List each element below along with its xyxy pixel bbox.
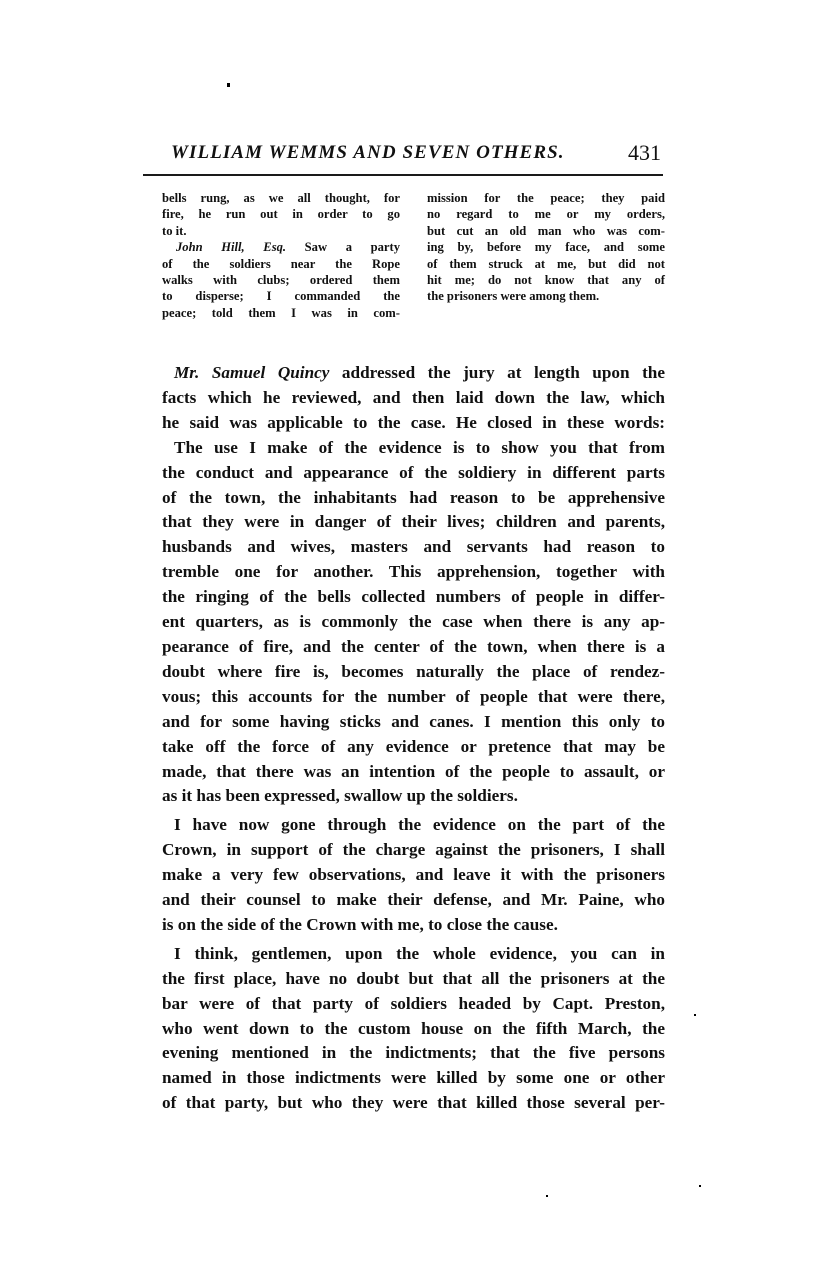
text-line: that they were in danger of their lives;… <box>162 510 665 535</box>
testimony-left-column: bells rung, as we all thought, for fire,… <box>162 190 400 321</box>
text-line: fire, he run out in order to go <box>162 206 400 222</box>
witness-name: John Hill, Esq. <box>176 240 286 254</box>
text-line: the prisoners were among them. <box>427 288 665 304</box>
text-line: and their counsel to make their defense,… <box>162 888 665 913</box>
text-line: to it. <box>162 223 400 239</box>
text-line: made, that there was an intention of the… <box>162 760 665 785</box>
text-line: the ringing of the bells collected numbe… <box>162 585 665 610</box>
text-line: bar were of that party of soldiers heade… <box>162 992 665 1017</box>
body-text: Mr. Samuel Quincy addressed the jury at … <box>162 361 665 1116</box>
text-line: who went down to the custom house on the… <box>162 1017 665 1042</box>
paragraph-quote-3: I think, gentlemen, upon the whole evide… <box>162 942 665 1116</box>
text-line: evening mentioned in the indictments; th… <box>162 1041 665 1066</box>
text-line: as it has been expressed, swallow up the… <box>162 784 665 809</box>
text-line: the conduct and appearance of the soldie… <box>162 461 665 486</box>
text-line: I think, gentlemen, upon the whole evide… <box>162 942 665 967</box>
text-line: ing by, before my face, and some <box>427 239 665 255</box>
text-line: ent quarters, as is commonly the case wh… <box>162 610 665 635</box>
text-line: doubt where fire is, becomes naturally t… <box>162 660 665 685</box>
text-line: facts which he reviewed, and then laid d… <box>162 386 665 411</box>
text-line: he said was applicable to the case. He c… <box>162 411 665 436</box>
text-line: named in those indictments were killed b… <box>162 1066 665 1091</box>
running-head: WILLIAM WEMMS AND SEVEN OTHERS. <box>171 142 565 164</box>
text-line: tremble one for another. This apprehensi… <box>162 560 665 585</box>
text-fragment: addressed the jury at length upon the <box>342 363 665 382</box>
text-line: vous; this accounts for the number of pe… <box>162 685 665 710</box>
scan-speck <box>699 1185 701 1187</box>
text-line: peace; told them I was in com- <box>162 305 400 321</box>
text-line: but cut an old man who was com- <box>427 223 665 239</box>
testimony-right-column: mission for the peace; they paid no rega… <box>427 190 665 321</box>
testimony-columns: bells rung, as we all thought, for fire,… <box>162 190 665 321</box>
page-header: WILLIAM WEMMS AND SEVEN OTHERS. 431 <box>143 138 663 176</box>
paragraph-quote-2: I have now gone through the evidence on … <box>162 813 665 938</box>
text-fragment: Saw a party <box>305 240 400 254</box>
scan-speck <box>546 1195 548 1197</box>
text-line: take off the force of any evidence or pr… <box>162 735 665 760</box>
paragraph-intro: Mr. Samuel Quincy addressed the jury at … <box>162 361 665 436</box>
text-line: to disperse; I commanded the <box>162 288 400 304</box>
text-line: is on the side of the Crown with me, to … <box>162 913 665 938</box>
text-line: mission for the peace; they paid <box>427 190 665 206</box>
text-line: of that party, but who they were that ki… <box>162 1091 665 1116</box>
text-line: make a very few observations, and leave … <box>162 863 665 888</box>
speaker-line: Mr. Samuel Quincy addressed the jury at … <box>162 361 665 386</box>
text-line: of the town, the inhabitants had reason … <box>162 486 665 511</box>
text-line: no regard to me or my orders, <box>427 206 665 222</box>
text-line: pearance of fire, and the center of the … <box>162 635 665 660</box>
text-line: hit me; do not know that any of <box>427 272 665 288</box>
text-line: husbands and wives, masters and servants… <box>162 535 665 560</box>
witness-line: John Hill, Esq. Saw a party <box>162 239 400 255</box>
paragraph-quote-1: The use I make of the evidence is to sho… <box>162 436 665 810</box>
text-line: and for some having sticks and canes. I … <box>162 710 665 735</box>
text-line: The use I make of the evidence is to sho… <box>162 436 665 461</box>
text-line: of the soldiers near the Rope <box>162 256 400 272</box>
scan-speck <box>227 83 230 87</box>
text-line: of them struck at me, but did not <box>427 256 665 272</box>
text-line: walks with clubs; ordered them <box>162 272 400 288</box>
scan-speck <box>694 1014 696 1016</box>
text-line: I have now gone through the evidence on … <box>162 813 665 838</box>
speaker-name: Mr. Samuel Quincy <box>174 363 329 382</box>
text-line: bells rung, as we all thought, for <box>162 190 400 206</box>
text-line: the first place, have no doubt but that … <box>162 967 665 992</box>
page-number: 431 <box>628 140 661 166</box>
text-line: Crown, in support of the charge against … <box>162 838 665 863</box>
